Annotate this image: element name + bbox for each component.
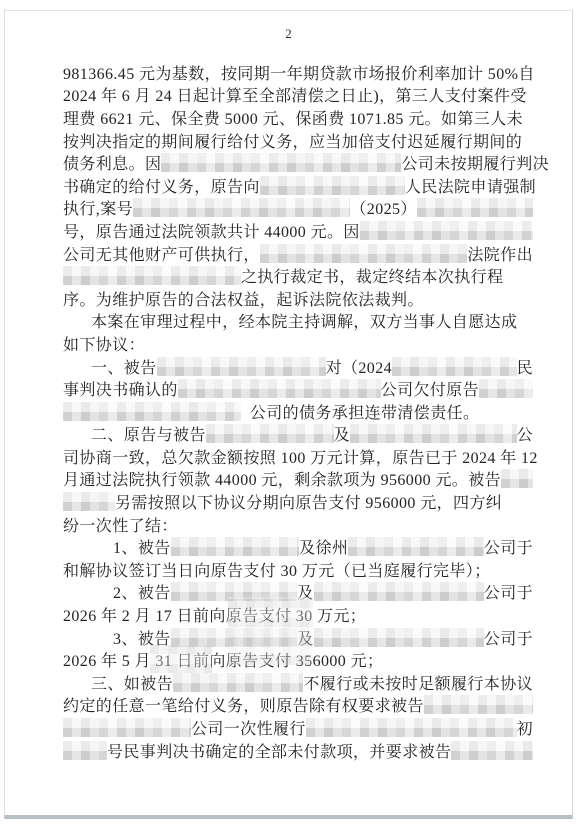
text-run: 公司的债务承担连带清偿责任。 — [241, 400, 479, 423]
document-line: 执行,案号（2025） — [63, 197, 533, 220]
text-run: 如下协议： — [63, 332, 145, 355]
redaction-mosaic — [63, 266, 241, 285]
text-run: 2026 年 5 月 31 日前向原告支付 356000 元； — [63, 648, 383, 671]
document-line: 理费 6621 元、保全费 5000 元、保函费 1071.85 元。如第三人未 — [63, 106, 533, 129]
redaction-mosaic — [157, 357, 326, 376]
redaction-mosaic — [501, 469, 533, 488]
redaction-mosaic — [260, 244, 468, 263]
redaction-mosaic — [314, 582, 484, 601]
document-line: 号，原告通过法院领款共计 44000 元。因 — [63, 219, 533, 242]
redaction-mosaic — [360, 221, 533, 240]
document-line: 公司无其他财产可供执行，法院作出 — [63, 242, 533, 265]
document-line: 一、被告对（2024民 — [63, 355, 533, 378]
document-line: 1、被告及徐州公司于 — [63, 535, 533, 558]
redaction-mosaic — [206, 424, 334, 443]
text-run: 对（2024 — [326, 355, 392, 378]
text-run: 公司于 — [484, 626, 533, 649]
document-page: 981366.45 元为基数，按同期一年期贷款市场报价利率加计 50%自2024… — [4, 10, 573, 819]
document-line: 纷一次性了结： — [63, 513, 533, 536]
redaction-mosaic — [417, 198, 533, 217]
redaction-mosaic — [161, 153, 401, 172]
text-run: 2024 年 6 月 24 日起计算至全部清偿之日止)，第三人支付案件受 — [63, 83, 527, 106]
text-run: 981366.45 元为基数，按同期一年期贷款市场报价利率加计 50%自 — [63, 61, 535, 84]
redaction-mosaic — [348, 537, 484, 556]
text-run: 之执行裁定书，裁定终结本次执行程 — [241, 264, 503, 287]
redaction-mosaic — [63, 492, 115, 511]
text-run: 事判决书确认的 — [63, 377, 178, 400]
text-run: 按判决指定的期间履行给付义务，应当加倍支付迟延履行期间的 — [63, 129, 522, 152]
text-run: 公司于 — [484, 535, 533, 558]
text-run: 公司未按期履行判决 — [401, 151, 549, 174]
redaction-patch — [228, 597, 313, 665]
text-run: 号民事判决书确定的全部未付款项，并要求被告 — [107, 739, 451, 762]
text-run: 二、原告与被告 — [91, 422, 206, 445]
document-line: 三、如被告不履行或未按时足额履行本协议 — [63, 671, 533, 694]
text-run: 本案在审理过程中，经本院主持调解，双方当事人自愿达成 — [91, 309, 517, 332]
redaction-mosaic — [260, 176, 405, 195]
text-run: 月通过法院执行领款 44000 元，剩余款项为 956000 元。被告 — [63, 467, 501, 490]
redaction-mosaic — [173, 673, 303, 692]
text-run: 司协商一致，总欠款金额按照 100 万元计算，原告已于 2024 年 12 — [63, 445, 538, 468]
text-run: 和解协议签订当日向原告支付 30 万元（已当庭履行完毕）； — [63, 558, 491, 581]
document-line: 公司一次性履行初 — [63, 716, 533, 739]
redaction-mosaic — [133, 198, 350, 217]
page-number: 2 — [5, 26, 572, 42]
redaction-mosaic — [392, 357, 517, 376]
text-run: 另需按照以下协议分期向原告支付 956000 元，四方纠 — [115, 490, 502, 513]
text-run: 号，原告通过法院领款共计 44000 元。因 — [63, 219, 360, 242]
text-run: 债务利息。因 — [63, 151, 161, 174]
redaction-mosaic — [178, 379, 381, 398]
document-line: 书确定的给付义务，原告向人民法院申请强制 — [63, 174, 533, 197]
text-run: 民 — [517, 355, 533, 378]
document-line: 本案在审理过程中，经本院主持调解，双方当事人自愿达成 — [63, 310, 533, 333]
document-line: 债务利息。因公司未按期履行判决 — [63, 151, 533, 174]
redaction-mosaic — [63, 718, 191, 737]
text-run: 约定的任意一笔给付义务，则原告除有权要求被告 — [63, 693, 424, 716]
text-run: 公司欠付原告 — [381, 377, 479, 400]
text-run: 公司于 — [484, 580, 533, 603]
text-run: 理费 6621 元、保全费 5000 元、保函费 1071.85 元。如第三人未 — [63, 106, 523, 129]
text-run: 2026 年 2 月 17 日前向原告支付 30 万元； — [63, 603, 366, 626]
redaction-mosaic — [314, 628, 484, 647]
text-run: 不履行或未按时足额履行本协议 — [303, 671, 533, 694]
text-run: 纷一次性了结： — [63, 513, 178, 536]
text-run: 序。为维护原告的合法权益，起诉法院依法裁判。 — [63, 287, 424, 310]
document-line: 和解协议签订当日向原告支付 30 万元（已当庭履行完毕）； — [63, 558, 533, 581]
text-run: 及 — [334, 422, 350, 445]
text-run: 人民法院申请强制 — [405, 174, 536, 197]
document-line: 号民事判决书确定的全部未付款项，并要求被告 — [63, 739, 533, 762]
document-line: 另需按照以下协议分期向原告支付 956000 元，四方纠 — [63, 490, 533, 513]
text-run: （2025） — [350, 196, 416, 219]
redaction-mosaic — [171, 537, 300, 556]
text-run: 一、被告 — [91, 355, 157, 378]
text-run: 2、被告 — [113, 580, 171, 603]
text-run: 公司无其他财产可供执行， — [63, 242, 260, 265]
text-run: 三、如被告 — [91, 671, 173, 694]
text-run: 法院作出 — [467, 242, 533, 265]
text-run: 初 — [517, 716, 533, 739]
text-run: 公司一次性履行 — [191, 716, 306, 739]
document-line: 约定的任意一笔给付义务，则原告除有权要求被告 — [63, 694, 533, 717]
document-line: 司协商一致，总欠款金额按照 100 万元计算，原告已于 2024 年 12 — [63, 445, 533, 468]
document-line: 序。为维护原告的合法权益，起诉法院依法裁判。 — [63, 287, 533, 310]
document-line: 2024 年 6 月 24 日起计算至全部清偿之日止)，第三人支付案件受 — [63, 84, 533, 107]
document-line: 二、原告与被告及公 — [63, 423, 533, 446]
document-line: 按判决指定的期间履行给付义务，应当加倍支付迟延履行期间的 — [63, 129, 533, 152]
redaction-mosaic — [479, 379, 533, 398]
document-line: 981366.45 元为基数，按同期一年期贷款市场报价利率加计 50%自 — [63, 61, 533, 84]
document-line: 之执行裁定书，裁定终结本次执行程 — [63, 264, 533, 287]
document-line: 月通过法院执行领款 44000 元，剩余款项为 956000 元。被告 — [63, 468, 533, 491]
redaction-mosaic — [350, 424, 517, 443]
redaction-patch — [150, 645, 212, 673]
document-line: 事判决书确认的公司欠付原告 — [63, 377, 533, 400]
redaction-mosaic — [63, 741, 107, 760]
text-run: 1、被告 — [113, 535, 171, 558]
text-run: 及徐州 — [299, 535, 348, 558]
text-run: 公 — [517, 422, 533, 445]
redaction-mosaic — [306, 718, 517, 737]
text-run: 执行,案号 — [63, 196, 133, 219]
text-run: 书确定的给付义务，原告向 — [63, 174, 260, 197]
document-line: 公司的债务承担连带清偿责任。 — [63, 400, 533, 423]
redaction-mosaic — [424, 695, 533, 714]
document-line: 如下协议： — [63, 332, 533, 355]
redaction-mosaic — [451, 741, 533, 760]
redaction-mosaic — [63, 402, 241, 421]
